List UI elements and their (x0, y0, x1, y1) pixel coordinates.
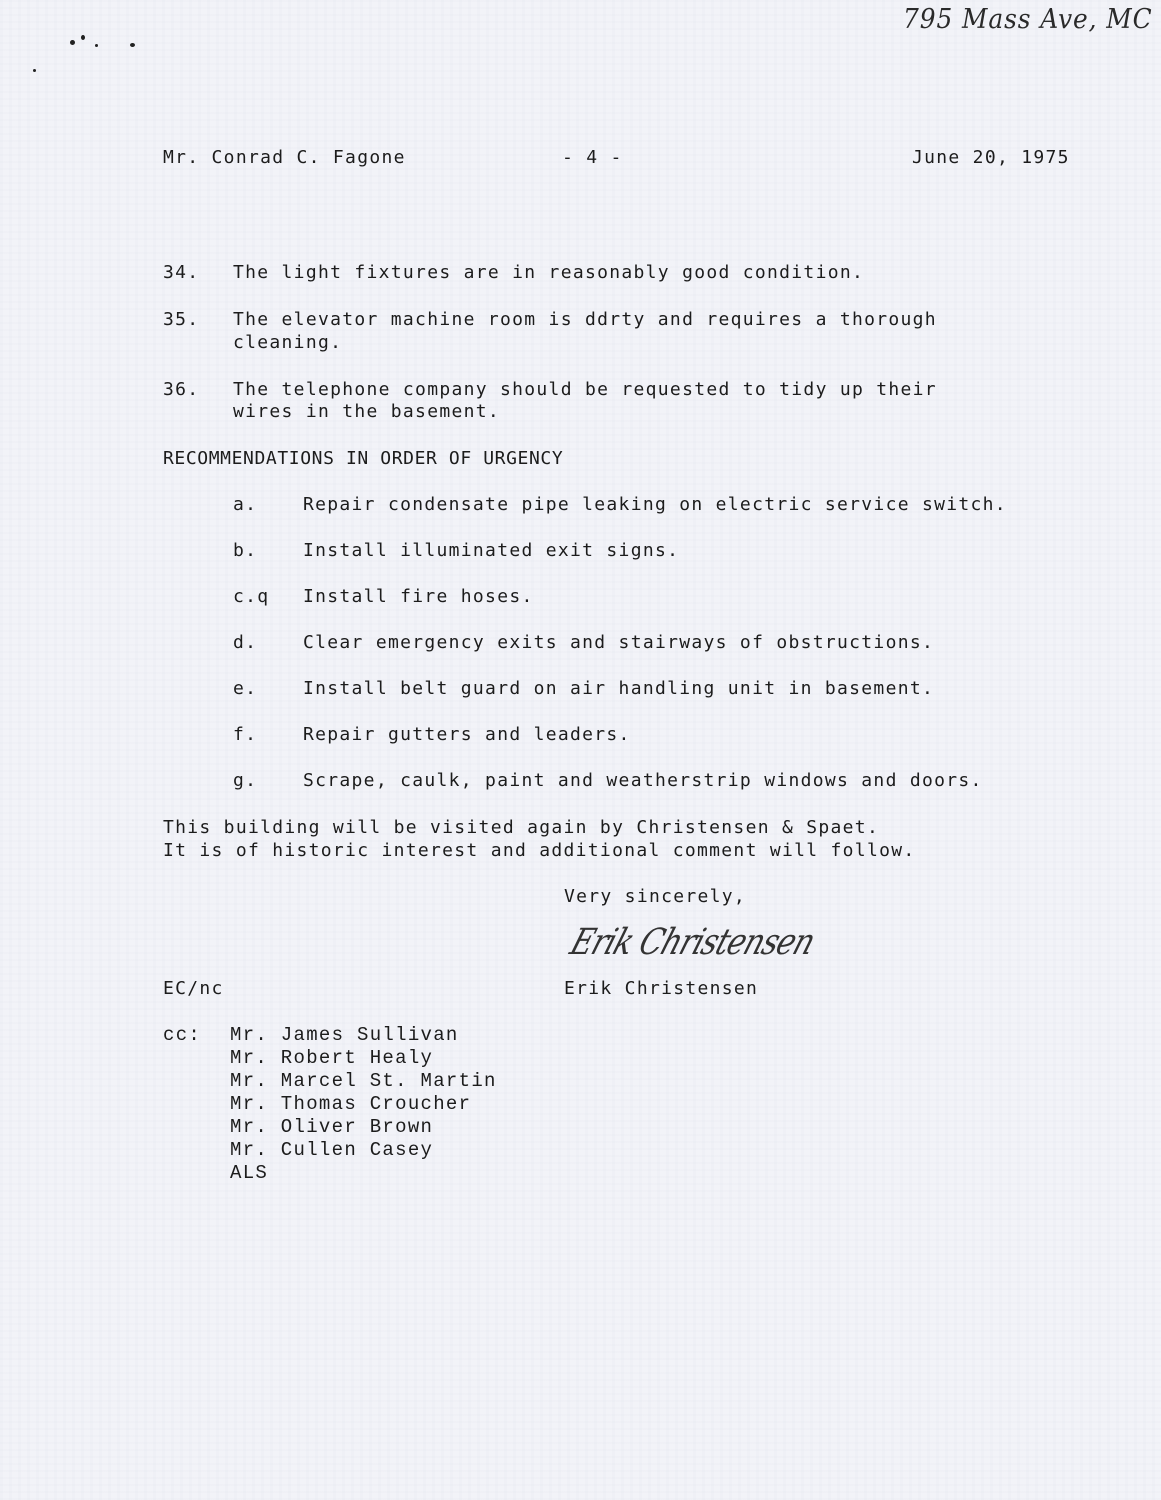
letter-date: June 20, 1975 (912, 147, 1070, 168)
recommendations-heading: RECOMMENDATIONS IN ORDER OF URGENCY (163, 448, 563, 469)
signer-name: Erik Christensen (564, 978, 758, 999)
recommendation-label: f. (233, 724, 257, 745)
recipient-name: Mr. Conrad C. Fagone (163, 147, 406, 168)
handwritten-signature: Erik Christensen (565, 922, 819, 964)
closing-paragraph-line: It is of historic interest and additiona… (163, 840, 916, 861)
recommendation-label: c.q (233, 586, 269, 607)
typist-initials: EC/nc (163, 978, 224, 999)
recommendation-label: b. (233, 540, 257, 561)
item-text: The elevator machine room is ddrty and r… (233, 309, 937, 330)
cc-recipient: Mr. Oliver Brown (230, 1116, 433, 1138)
recommendation-text: Scrape, caulk, paint and weatherstrip wi… (303, 770, 983, 791)
recommendation-text: Install fire hoses. (303, 586, 534, 607)
recommendation-label: d. (233, 632, 257, 653)
handwritten-address-annotation: 795 Mass Ave, MC (903, 4, 1153, 35)
recommendation-text: Repair condensate pipe leaking on electr… (303, 494, 1007, 515)
cc-recipient: Mr. Thomas Croucher (230, 1093, 471, 1115)
item-number: 35. (163, 309, 199, 330)
item-text: The light fixtures are in reasonably goo… (233, 262, 864, 283)
salutation: Very sincerely, (564, 886, 746, 907)
recommendation-label: e. (233, 678, 257, 699)
cc-recipient: ALS (230, 1162, 268, 1184)
cc-recipient: Mr. Robert Healy (230, 1047, 433, 1069)
recommendation-text: Clear emergency exits and stairways of o… (303, 632, 934, 653)
recommendation-text: Repair gutters and leaders. (303, 724, 631, 745)
closing-paragraph-line: This building will be visited again by C… (163, 817, 879, 838)
item-text: cleaning. (233, 332, 342, 353)
cc-recipient: Mr. James Sullivan (230, 1024, 459, 1046)
ink-speck (81, 35, 85, 40)
cc-recipient: Mr. Cullen Casey (230, 1139, 433, 1161)
ink-speck (130, 43, 135, 47)
cc-recipient: Mr. Marcel St. Martin (230, 1070, 497, 1092)
ink-speck (33, 69, 36, 72)
item-text: wires in the basement. (233, 401, 500, 422)
cc-label: cc: (163, 1024, 201, 1046)
ink-speck (95, 44, 98, 47)
letter-page: 795 Mass Ave, MC Mr. Conrad C. Fagone - … (0, 0, 1161, 1500)
page-number: - 4 - (562, 147, 623, 168)
recommendation-label: a. (233, 494, 257, 515)
recommendation-text: Install illuminated exit signs. (303, 540, 679, 561)
ink-speck (70, 40, 75, 45)
item-number: 36. (163, 379, 199, 400)
recommendation-label: g. (233, 770, 257, 791)
recommendation-text: Install belt guard on air handling unit … (303, 678, 934, 699)
item-number: 34. (163, 262, 199, 283)
item-text: The telephone company should be requeste… (233, 379, 937, 400)
